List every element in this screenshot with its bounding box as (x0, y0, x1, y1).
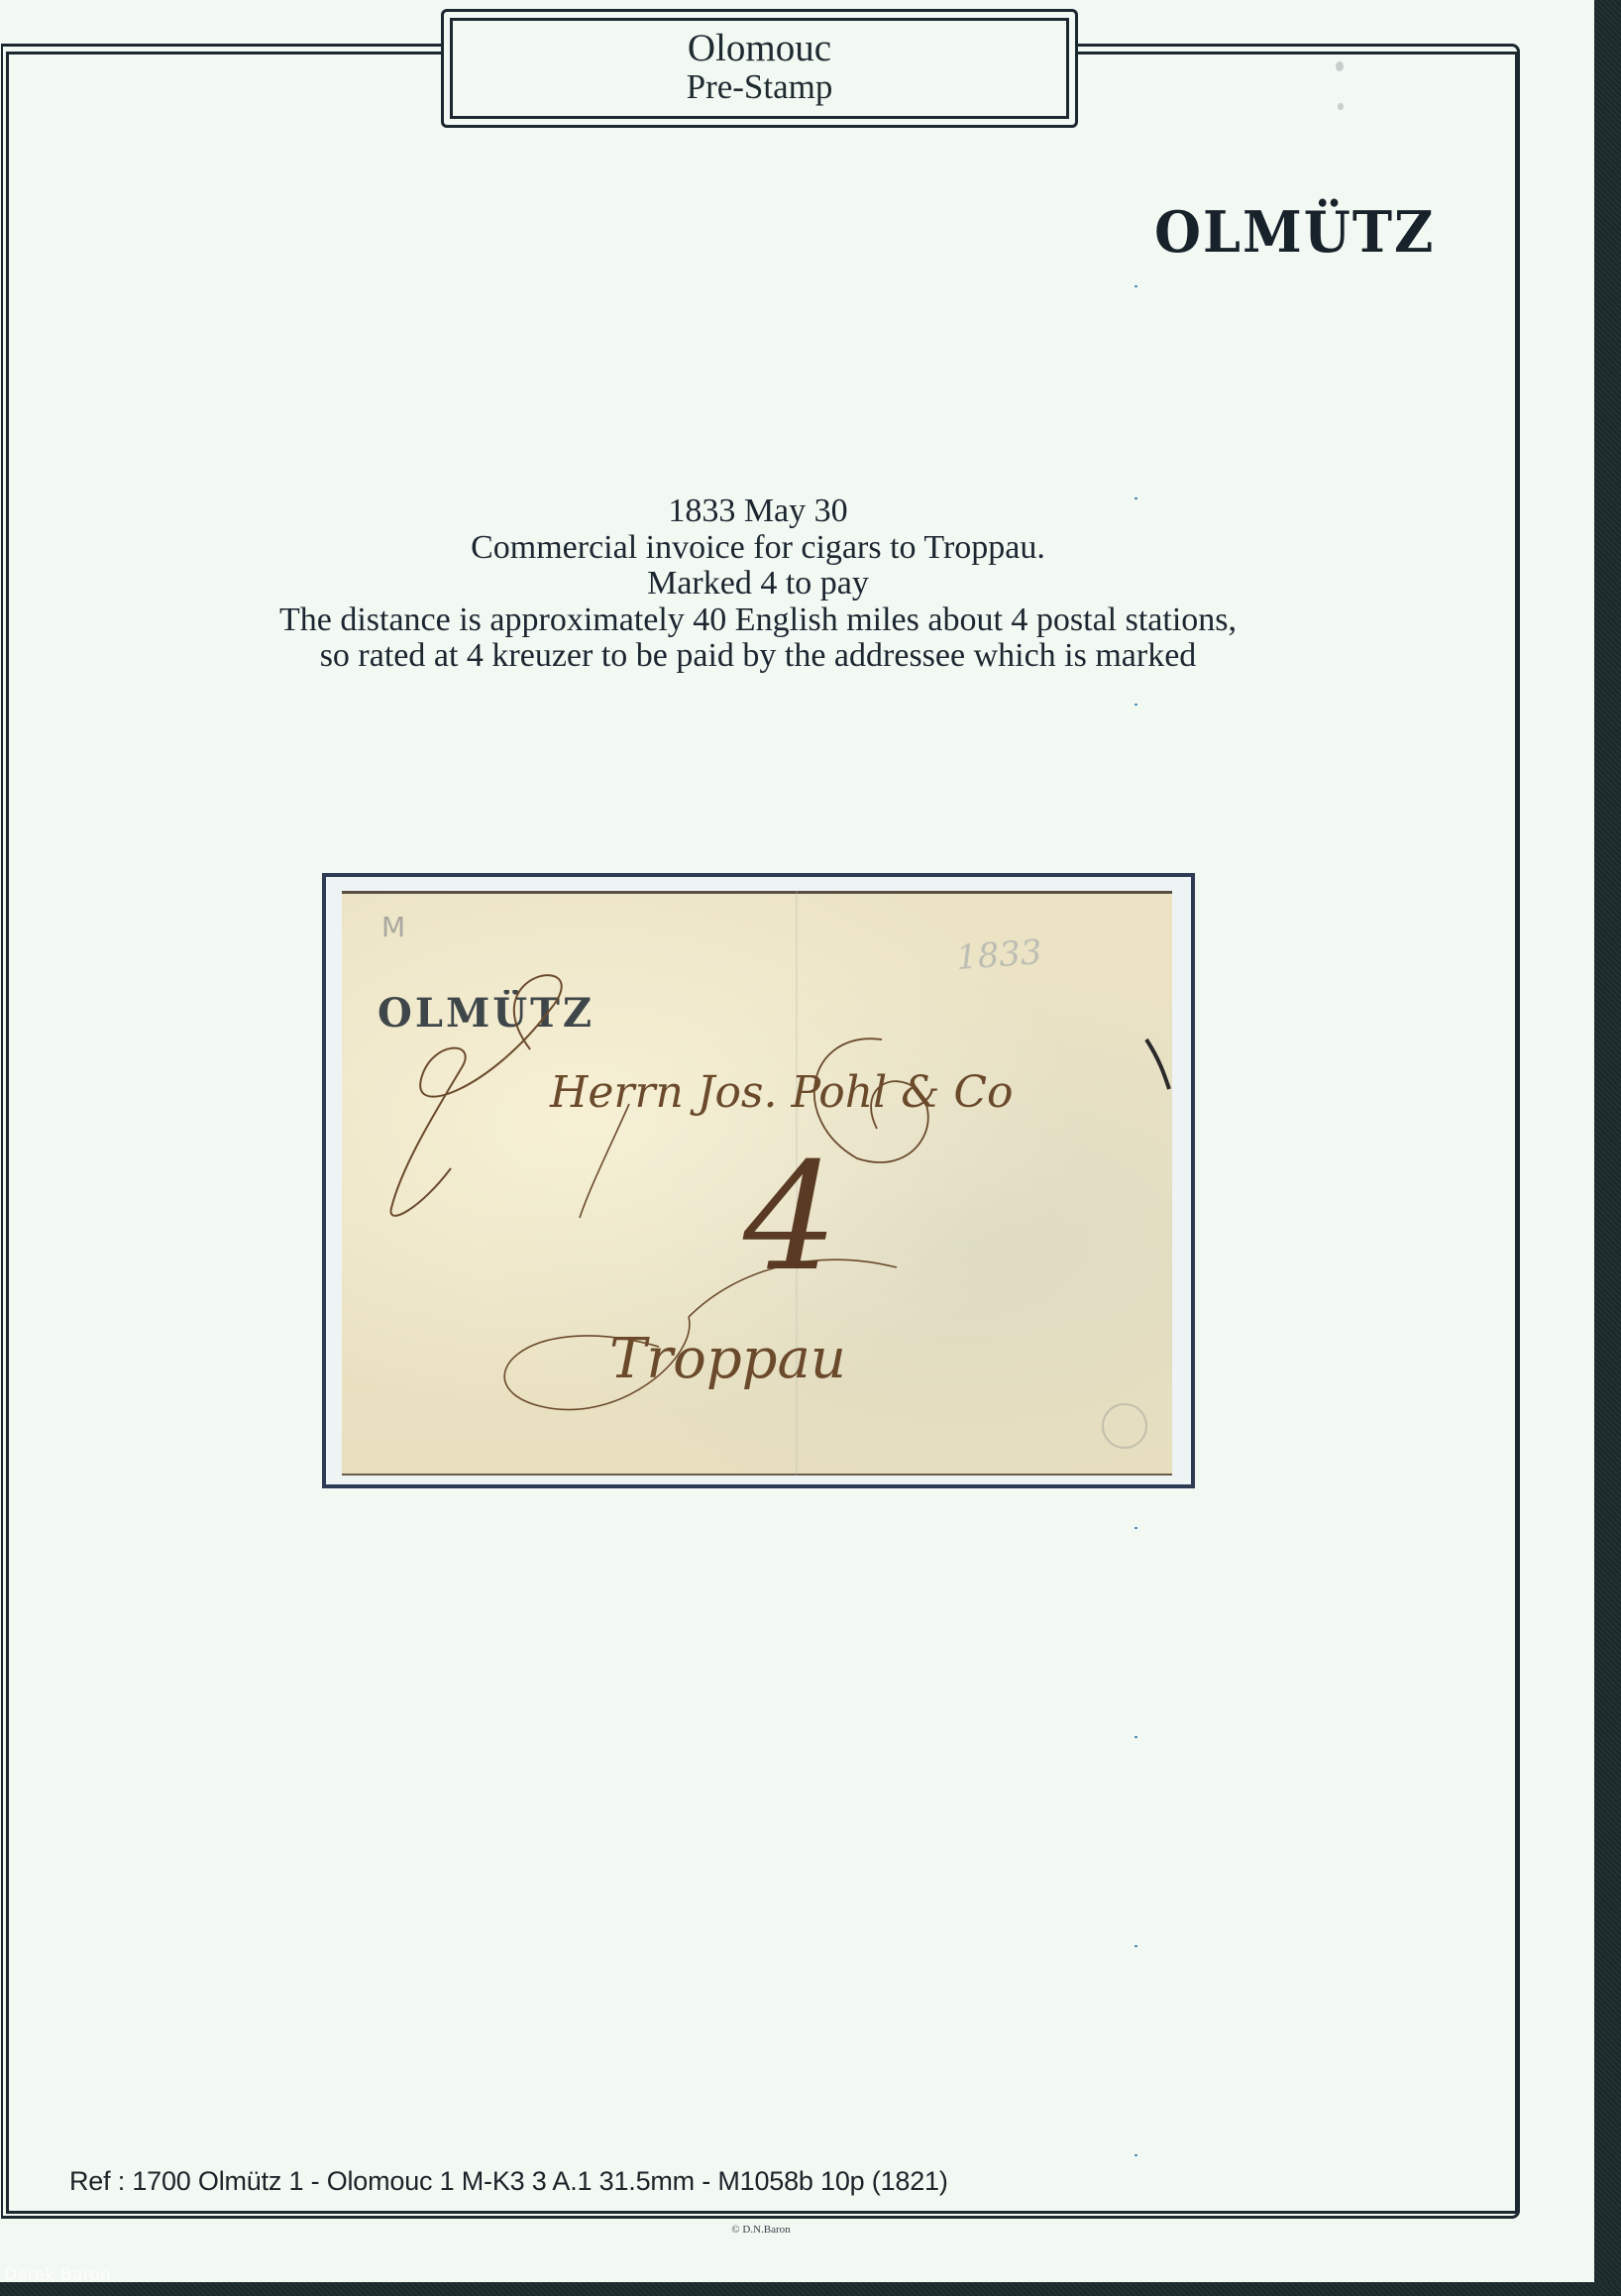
description-date: 1833 May 30 (99, 493, 1417, 530)
scan-speck (1135, 704, 1137, 706)
destination-handwriting: Troppau (609, 1327, 846, 1391)
description-line: Commercial invoice for cigars to Troppau… (99, 530, 1417, 567)
page-title: Olomouc (453, 29, 1066, 68)
scan-speck (1135, 2154, 1137, 2156)
cover-description: 1833 May 30 Commercial invoice for cigar… (99, 493, 1417, 675)
copyright-notice: © D.N.Baron (0, 2224, 1522, 2236)
scanner-background (0, 2282, 1621, 2296)
scan-speck (1135, 285, 1137, 287)
catalogue-reference: Ref : 1700 Olmütz 1 - Olomouc 1 M-K3 3 A… (69, 2166, 948, 2197)
scan-smudge (1338, 103, 1344, 110)
watermark: Derek Baron (4, 2265, 111, 2285)
cover-mount: M 1833 OLMÜTZ Herrn Jos. Pohl & Co 4 Tro… (322, 873, 1195, 1488)
scan-smudge (1336, 61, 1344, 71)
scan-speck (1135, 1736, 1137, 1738)
scanner-background (1594, 0, 1621, 2296)
addressee-handwriting: Herrn Jos. Pohl & Co (550, 1067, 1014, 1118)
title-box-inner: Olomouc Pre-Stamp (450, 18, 1069, 119)
description-line: so rated at 4 kreuzer to be paid by the … (99, 638, 1417, 675)
page-subtitle: Pre-Stamp (453, 68, 1066, 106)
scan-speck (1135, 1945, 1137, 1947)
description-line: The distance is approximately 40 English… (99, 602, 1417, 639)
postmark-illustration: OLMÜTZ (1154, 198, 1435, 265)
description-line: Marked 4 to pay (99, 566, 1417, 602)
postal-cover: M 1833 OLMÜTZ Herrn Jos. Pohl & Co 4 Tro… (342, 891, 1172, 1476)
scan-speck (1135, 1527, 1137, 1529)
rate-mark-handwriting: 4 (743, 1144, 837, 1292)
scan-speck (1135, 497, 1137, 499)
album-page: Olomouc Pre-Stamp OLMÜTZ 1833 May 30 Com… (0, 0, 1594, 2282)
title-box: Olomouc Pre-Stamp (441, 9, 1078, 128)
